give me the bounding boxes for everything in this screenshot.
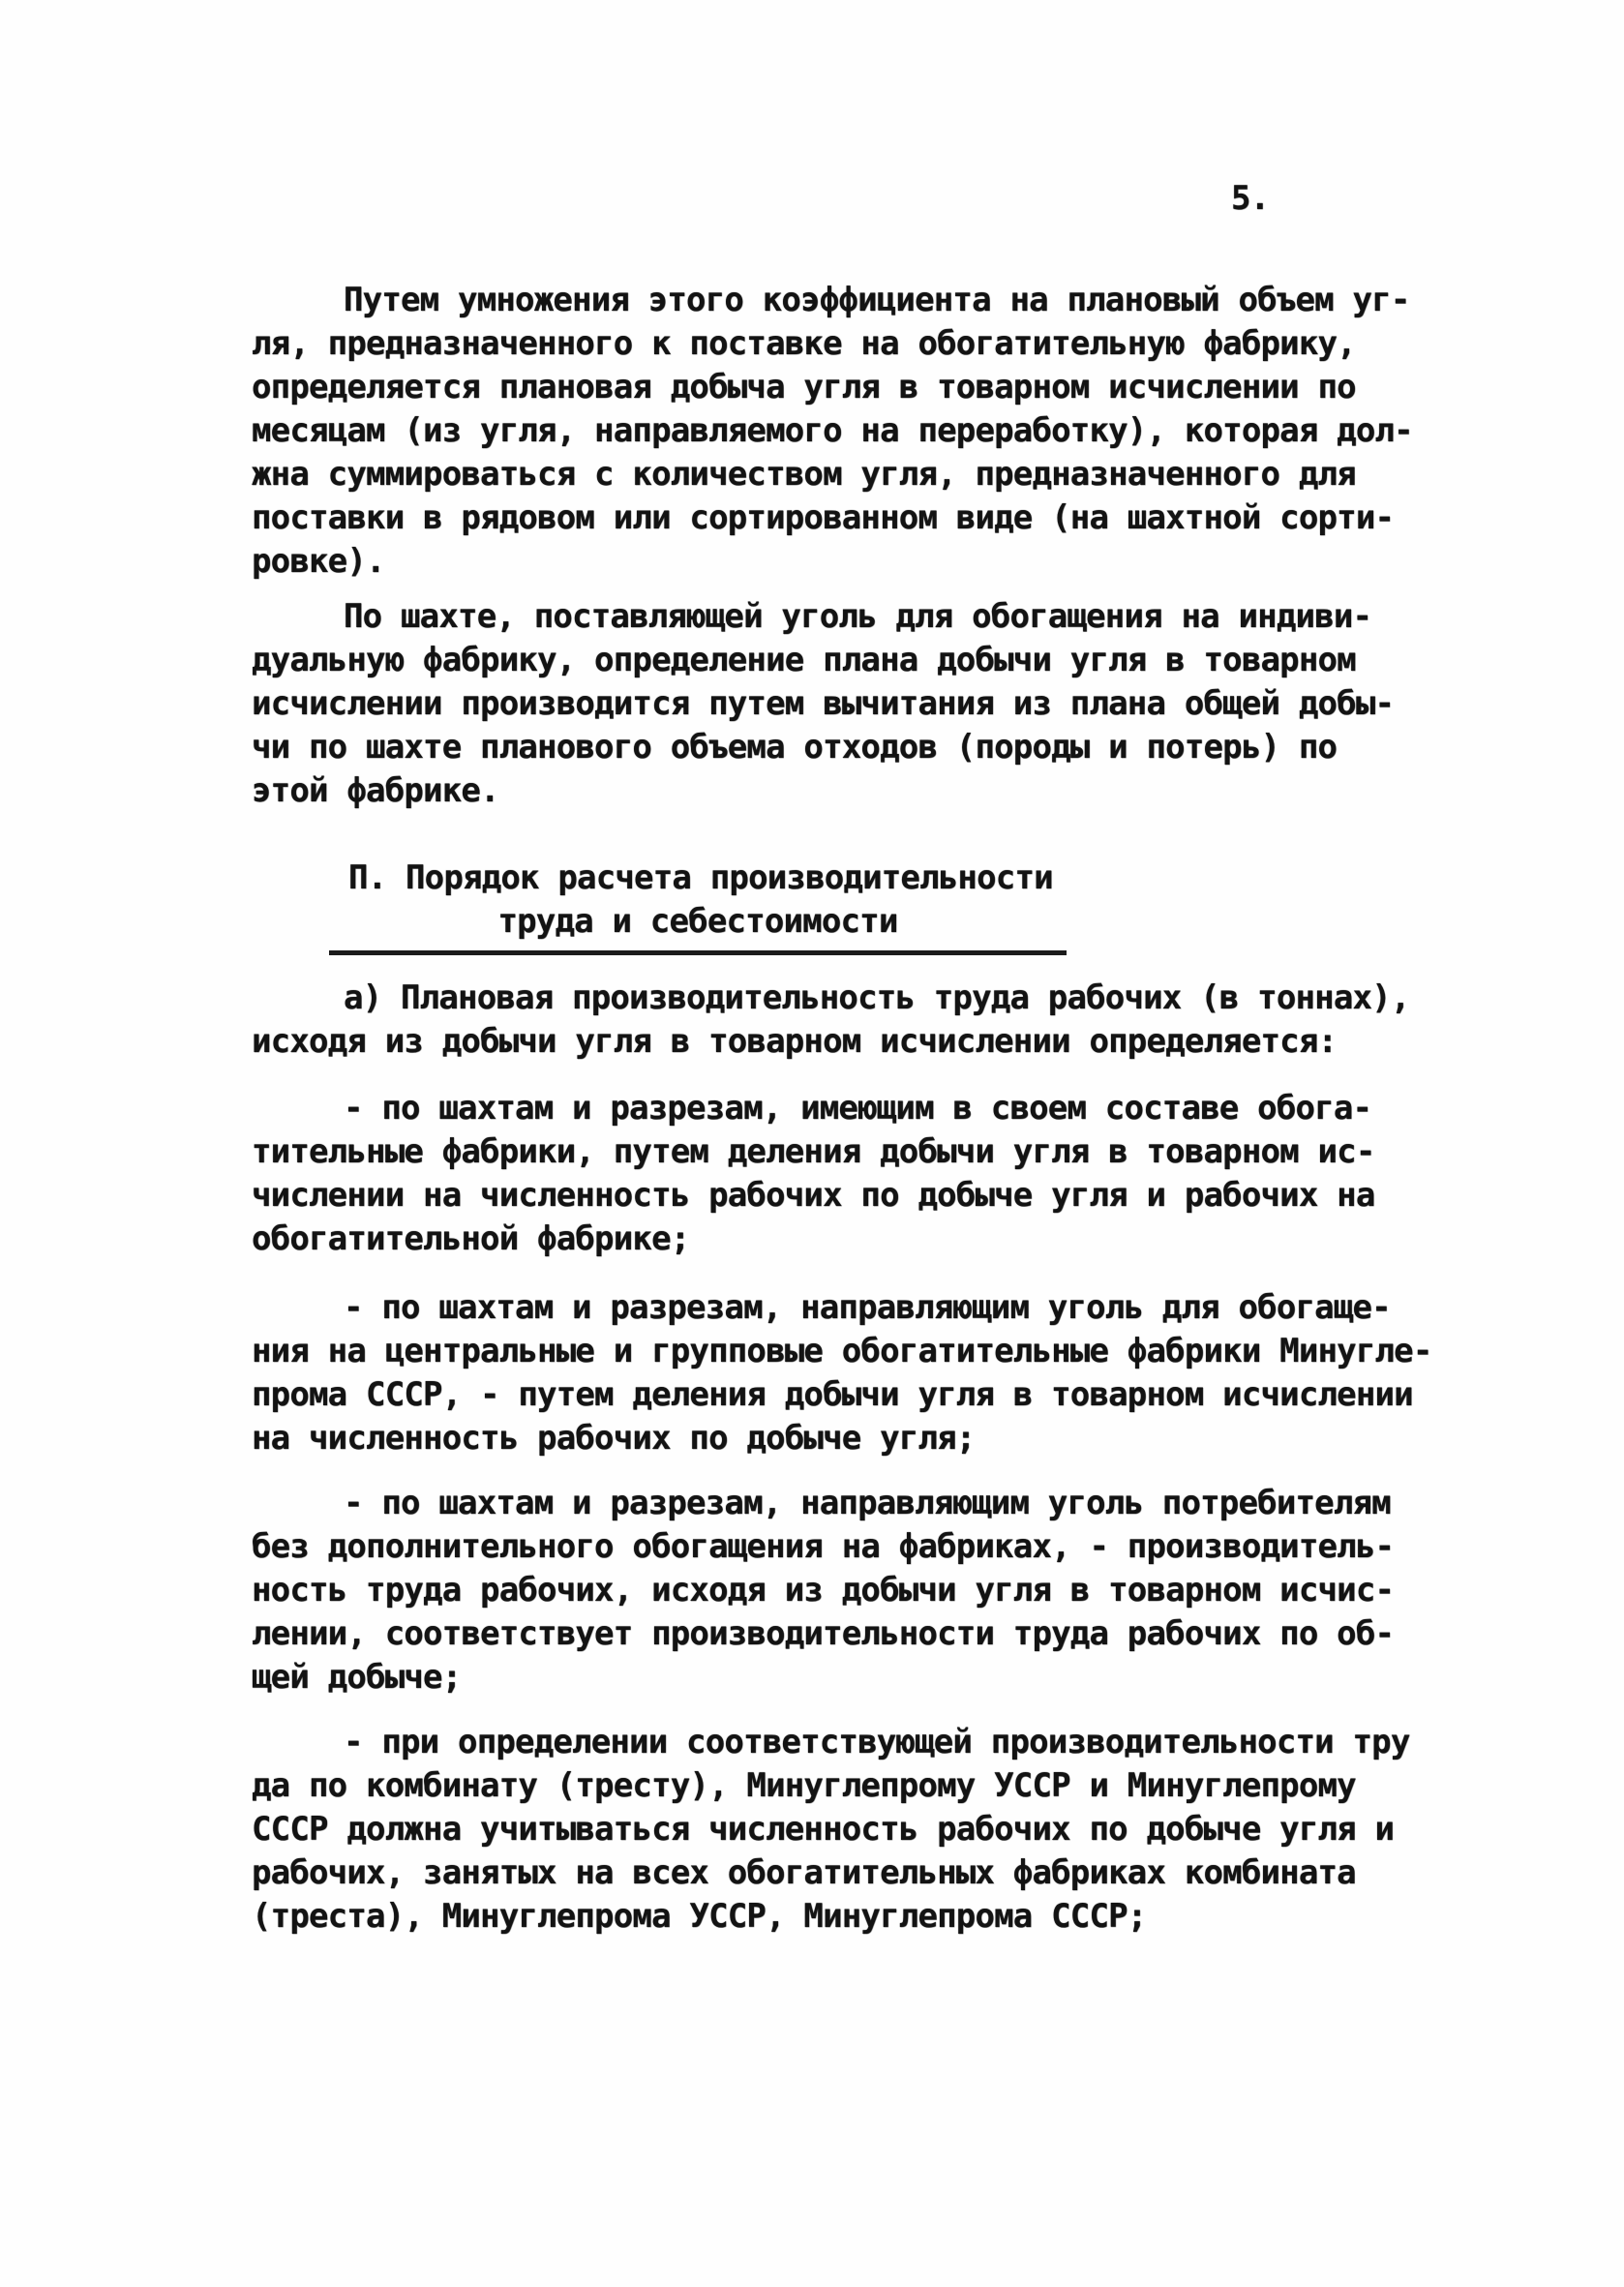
text-line: - по шахтам и разрезам, направляющим уго… [252, 1286, 1442, 1330]
paragraph: По шахте, поставляющей уголь для обогаще… [252, 595, 1442, 813]
text-line: на численность рабочих по добыче угля; [252, 1417, 1442, 1460]
text-line: рабочих, занятых на всех обогатительных … [252, 1851, 1442, 1895]
text-line: ность труда рабочих, исходя из добычи уг… [252, 1569, 1442, 1612]
text-line: - по шахтам и разрезам, направляющим уго… [252, 1482, 1442, 1525]
dash-item: - по шахтам и разрезам, направляющим уго… [252, 1482, 1442, 1700]
heading-line-underlined: труда и себестоимости [329, 900, 1067, 955]
text-line: без дополнительного обогащения на фабрик… [252, 1525, 1442, 1569]
text-line: исчислении производится путем вычитания … [252, 682, 1442, 726]
text-line: чи по шахте планового объема отходов (по… [252, 726, 1442, 769]
text-line: тительные фабрики, путем деления добычи … [252, 1130, 1442, 1174]
document-body: Путем умножения этого коэффициента на пл… [252, 279, 1442, 1939]
text-line: прома СССР, - путем деления добычи угля … [252, 1373, 1442, 1417]
text-line: этой фабрике. [252, 769, 1442, 813]
text-line: месяцам (из угля, направляемого на перер… [252, 409, 1442, 453]
text-line: - при определении соответствующей произв… [252, 1721, 1442, 1764]
text-line: да по комбинату (тресту), Минуглепрому У… [252, 1764, 1442, 1808]
section-heading: П. Порядок расчета производительноститру… [252, 857, 1442, 955]
heading-line: П. Порядок расчета производительности [252, 857, 1442, 900]
text-line: - по шахтам и разрезам, имеющим в своем … [252, 1087, 1442, 1130]
text-line: (треста), Минуглепрома УССР, Минуглепром… [252, 1895, 1442, 1939]
text-line: определяется плановая добыча угля в това… [252, 366, 1442, 409]
page-number: 5. [1231, 177, 1269, 221]
text-line: числении на численность рабочих по добыч… [252, 1174, 1442, 1218]
text-line: щей добыче; [252, 1656, 1442, 1700]
text-line: лении, соответствует производительности … [252, 1612, 1442, 1656]
text-line: обогатительной фабрике; [252, 1218, 1442, 1261]
text-line: По шахте, поставляющей уголь для обогаще… [252, 595, 1442, 639]
text-line: Путем умножения этого коэффициента на пл… [252, 279, 1442, 322]
paragraph: а) Плановая производительность труда раб… [252, 977, 1442, 1064]
scanned-document-page: 5. Путем умножения этого коэффициента на… [0, 0, 1624, 2287]
dash-item: - по шахтам и разрезам, имеющим в своем … [252, 1087, 1442, 1261]
text-line: исходя из добычи угля в товарном исчисле… [252, 1020, 1442, 1064]
text-line: а) Плановая производительность труда раб… [252, 977, 1442, 1020]
dash-item: - при определении соответствующей произв… [252, 1721, 1442, 1939]
paragraph: Путем умножения этого коэффициента на пл… [252, 279, 1442, 584]
text-line: дуальную фабрику, определение плана добы… [252, 639, 1442, 682]
text-line: жна суммироваться с количеством угля, пр… [252, 453, 1442, 497]
text-line: ния на центральные и групповые обогатите… [252, 1330, 1442, 1373]
text-line: ровке). [252, 540, 1442, 584]
dash-item: - по шахтам и разрезам, направляющим уго… [252, 1286, 1442, 1460]
text-line: СССР должна учитываться численность рабо… [252, 1808, 1442, 1851]
text-line: ля, предназначенного к поставке на обога… [252, 322, 1442, 366]
text-line: поставки в рядовом или сортированном вид… [252, 497, 1442, 540]
